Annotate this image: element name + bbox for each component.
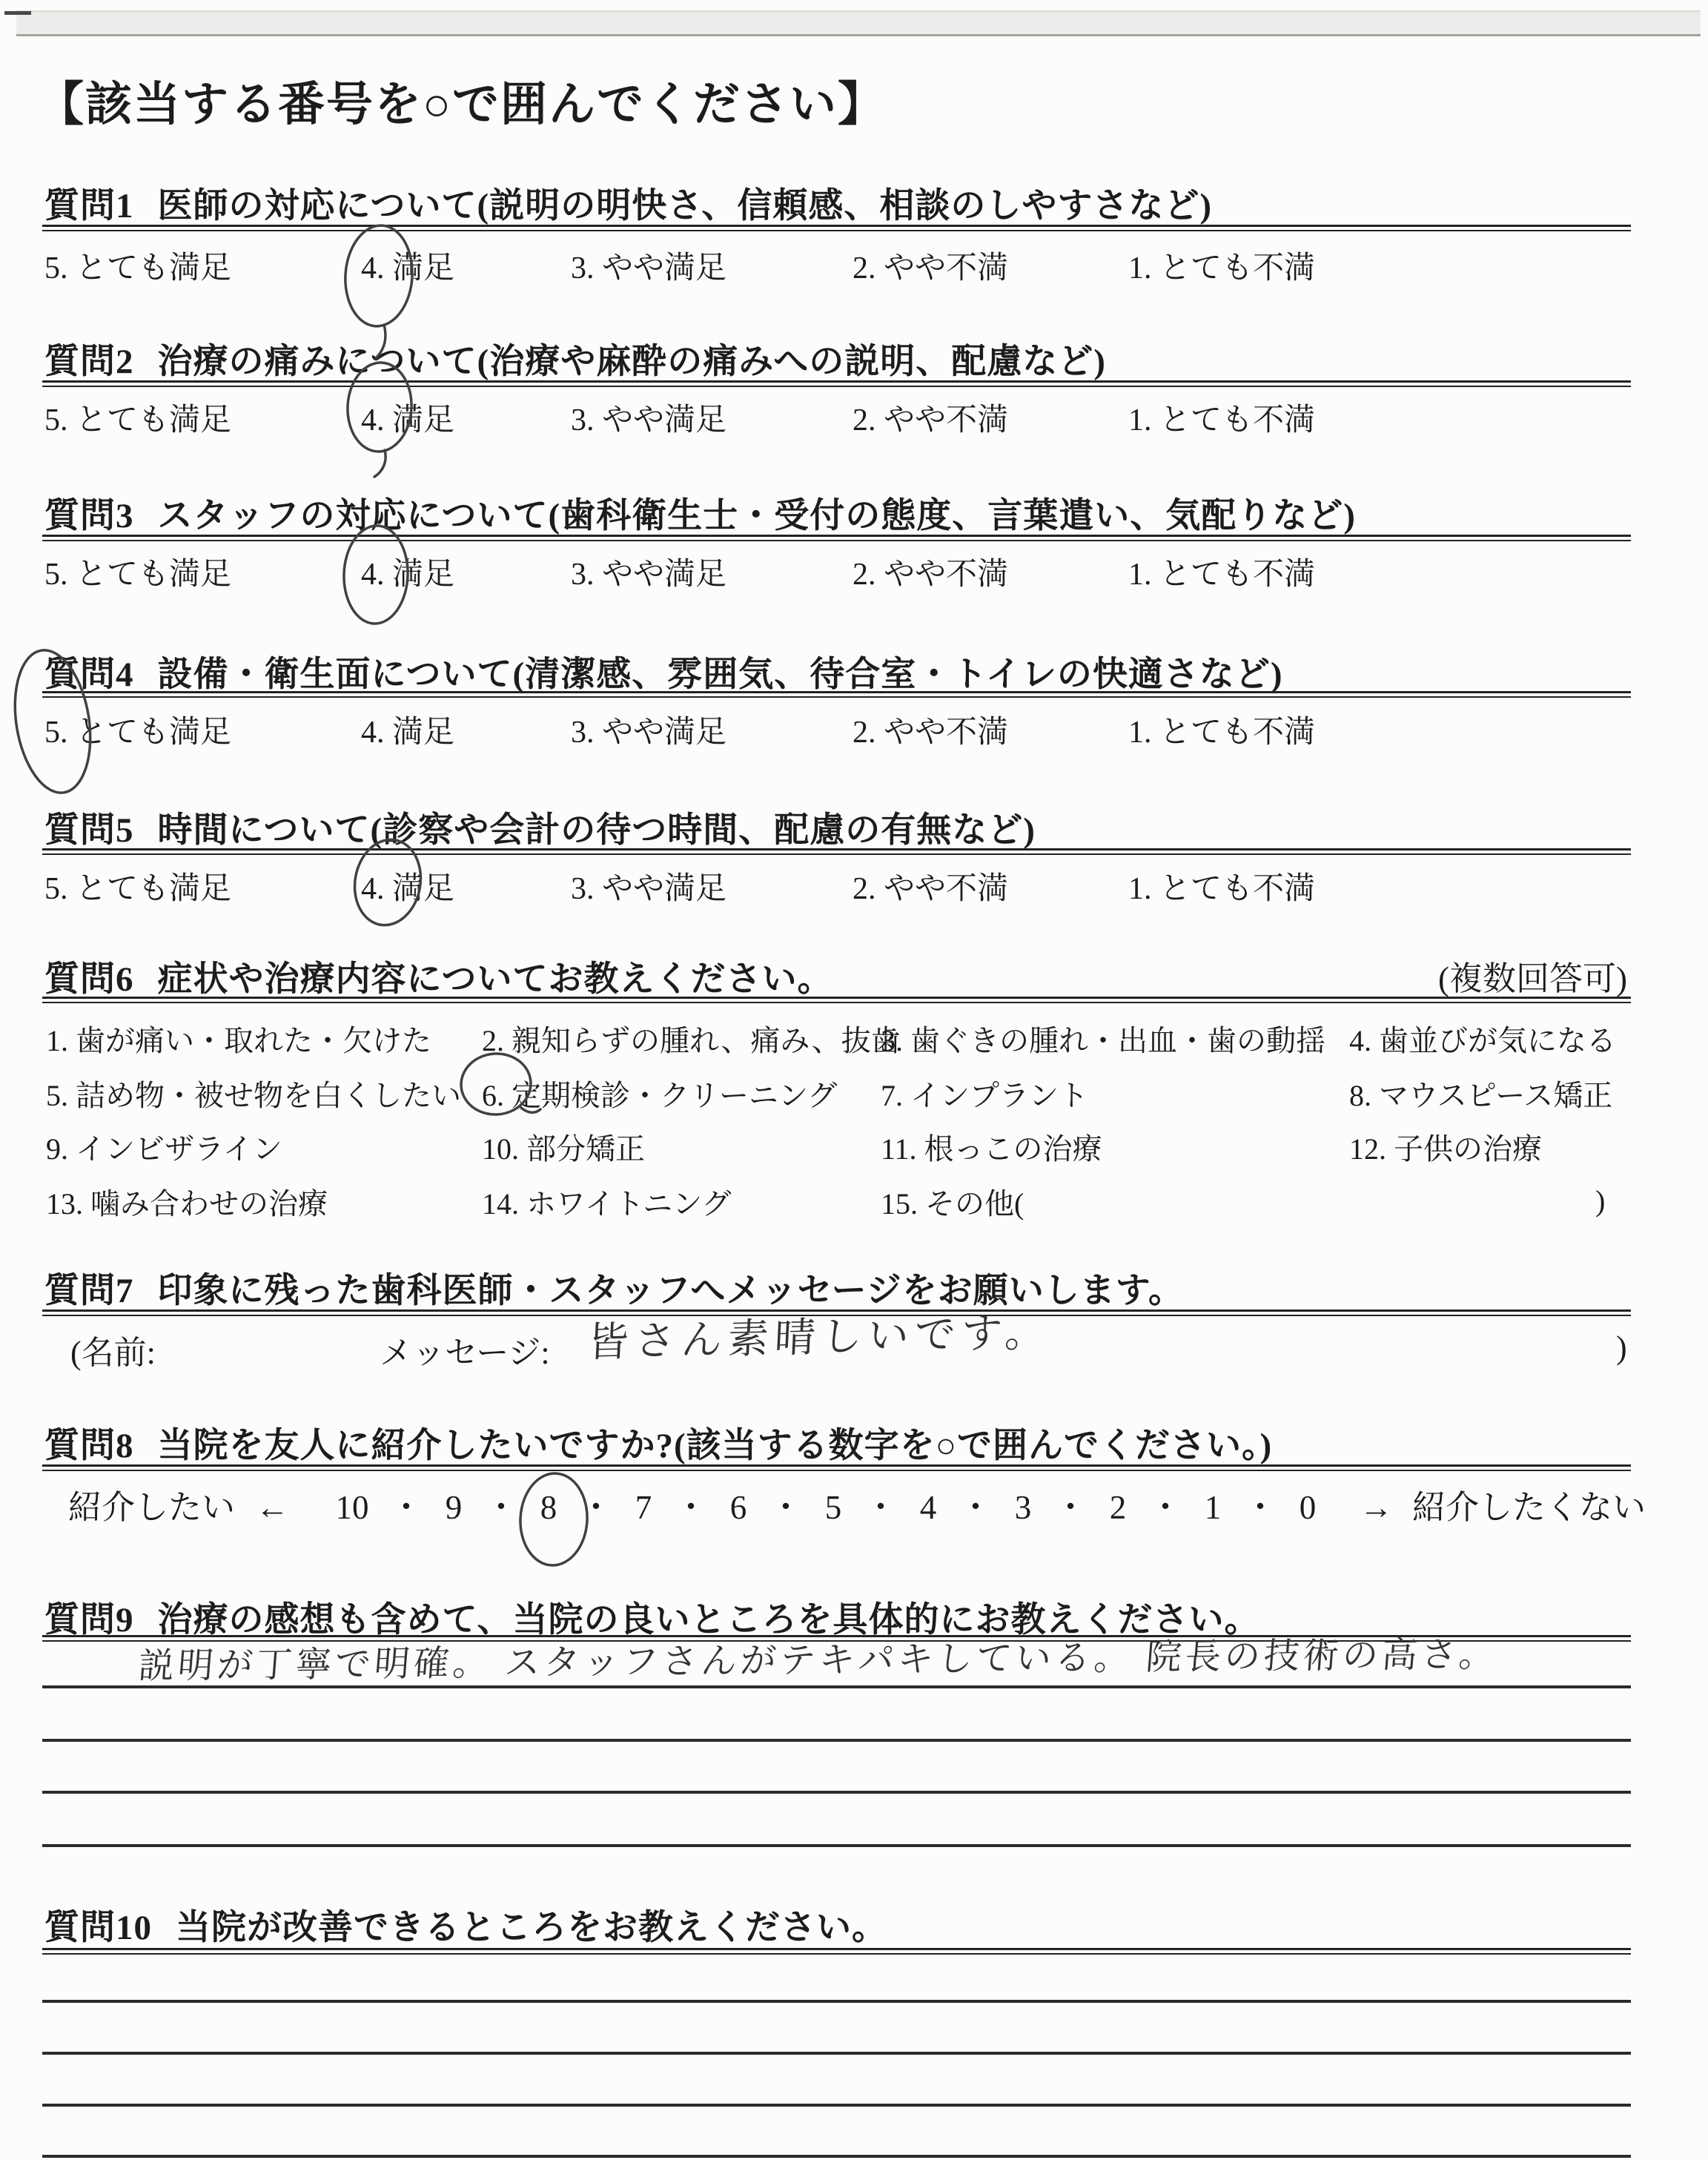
q7-name-label: (名前: <box>70 1326 156 1373</box>
q2-option-5: 5. とても満足 <box>44 395 231 440</box>
question-2-text: 治療の痛みについて(治療や麻酔の痛みへの説明、配慮など) <box>158 343 1106 381</box>
q8-number-4: 4 <box>901 1488 955 1527</box>
q6-item-2: 2. 親知らずの腫れ、痛み、抜歯 <box>482 1017 901 1060</box>
question-3-label: 質問3 <box>44 497 134 535</box>
q7-message-label: メッセージ: <box>380 1326 550 1373</box>
q4-option-3: 3. やや満足 <box>571 707 726 752</box>
q8-number-10: 10 <box>319 1488 385 1527</box>
question-8-text: 当院を友人に紹介したいですか?(該当する数字を○で囲んでください。) <box>158 1427 1273 1465</box>
q1-option-1: 1. とても不満 <box>1128 243 1315 288</box>
q4-option-5: 5. とても満足 <box>44 707 231 752</box>
q2-option-3: 3. やや満足 <box>571 395 726 440</box>
question-2-header: 質問2治療の痛みについて(治療や麻酔の痛みへの説明、配慮など) <box>44 334 1106 383</box>
q6-item-14: 14. ホワイトニング <box>482 1180 731 1223</box>
q8-dot: ・ <box>1239 1480 1281 1528</box>
q8-dot: ・ <box>575 1480 617 1528</box>
q1-option-5: 5. とても満足 <box>44 243 231 288</box>
question-5-underline <box>42 848 1631 855</box>
q3-option-5: 5. とても満足 <box>44 549 231 594</box>
question-6-underline <box>42 997 1631 1003</box>
q8-number-1: 1 <box>1186 1488 1239 1527</box>
q6-item-9: 9. インビザライン <box>46 1126 282 1168</box>
question-2-label: 質問2 <box>44 343 134 381</box>
q8-dot: ・ <box>1145 1480 1186 1528</box>
q2-option-1: 1. とても不満 <box>1128 395 1315 440</box>
q8-number-8: 8 <box>522 1488 575 1527</box>
question-1-text: 医師の対応について(説明の明快さ、信頼感、相談のしやすさなど) <box>158 187 1212 225</box>
question-10-label: 質問10 <box>44 1909 152 1947</box>
form-title: 【該当する番号を○で囲んでください】 <box>37 67 886 134</box>
question-5-text: 時間について(診察や会計の待つ時間、配慮の有無など) <box>158 811 1036 850</box>
question-3-text: スタッフの対応について(歯科衛生士・受付の態度、言葉遣い、気配りなど) <box>158 497 1356 535</box>
q4-option-4: 4. 満足 <box>361 707 454 752</box>
q8-dot: ・ <box>860 1480 901 1528</box>
q8-number-9: 9 <box>427 1488 480 1527</box>
survey-form-page: 【該当する番号を○で囲んでください】 質問1医師の対応について(説明の明快さ、信… <box>0 0 1708 2160</box>
q6-item-13: 13. 噛み合わせの治療 <box>46 1180 328 1223</box>
q6-item-7: 7. インプラント <box>881 1072 1088 1114</box>
q9-handwritten-answer: 説明が丁寧で明確。 スタッフさんがテキパキしている。 院長の技術の高さ。 <box>137 1625 1500 1688</box>
q8-number-3: 3 <box>996 1488 1050 1527</box>
q3-option-4: 4. 満足 <box>361 549 454 594</box>
q8-right-label: 紹介したくない <box>1412 1489 1646 1526</box>
q10-answer-line <box>42 2052 1631 2055</box>
q2-option-4: 4. 満足 <box>361 395 454 440</box>
question-1-header: 質問1医師の対応について(説明の明快さ、信頼感、相談のしやすさなど) <box>44 178 1212 228</box>
question-5-header: 質問5時間について(診察や会計の待つ時間、配慮の有無など) <box>44 802 1036 852</box>
q8-dot: ・ <box>765 1480 807 1528</box>
q8-dot: ・ <box>955 1480 996 1528</box>
question-5-label: 質問5 <box>44 811 134 850</box>
q8-number-6: 6 <box>712 1488 765 1527</box>
question-6-label: 質問6 <box>44 960 134 999</box>
q1-option-3: 3. やや満足 <box>571 243 726 288</box>
q8-dot: ・ <box>480 1480 522 1528</box>
scan-artifact-dash <box>4 11 31 15</box>
q4-option-1: 1. とても不満 <box>1128 707 1315 752</box>
question-9-label: 質問9 <box>44 1601 134 1639</box>
q10-answer-line <box>42 2155 1631 2158</box>
q8-dot: ・ <box>670 1480 712 1528</box>
question-8-underline <box>42 1464 1631 1471</box>
q2-option-2: 2. やや不満 <box>853 395 1008 440</box>
question-4-header: 質問4設備・衛生面について(清潔感、雰囲気、待合室・トイレの快適さなど) <box>44 647 1283 696</box>
q6-item-12: 12. 子供の治療 <box>1349 1126 1542 1168</box>
question-4-text: 設備・衛生面について(清潔感、雰囲気、待合室・トイレの快適さなど) <box>158 655 1283 694</box>
q3-option-3: 3. やや満足 <box>571 549 726 594</box>
q3-option-1: 1. とても不満 <box>1128 549 1315 594</box>
question-6-note: (複数回答可) <box>1438 951 1627 1000</box>
q1-option-4: 4. 満足 <box>361 243 454 288</box>
q9-answer-line <box>42 1685 1631 1688</box>
q6-item-15: 15. その他( <box>881 1180 1024 1223</box>
question-10-underline <box>42 1948 1631 1955</box>
question-4-label: 質問4 <box>44 655 134 694</box>
q1-option-2: 2. やや不満 <box>853 243 1008 288</box>
question-6-header: 質問6症状や治療内容についてお教えください。 <box>44 951 833 1001</box>
q6-item-10: 10. 部分矯正 <box>482 1126 645 1168</box>
q9-answer-line <box>42 1844 1631 1847</box>
q8-dot: ・ <box>385 1480 427 1528</box>
q6-item-5: 5. 詰め物・被せ物を白くしたい <box>46 1072 461 1114</box>
question-8-label: 質問8 <box>44 1427 134 1465</box>
q5-option-4: 4. 満足 <box>361 864 454 908</box>
q7-handwritten-message: 皆さん素晴しいです。 <box>586 1299 1053 1368</box>
question-1-underline <box>42 225 1631 231</box>
question-4-underline <box>42 691 1631 698</box>
q8-left-arrow-icon: ← <box>256 1489 289 1526</box>
q6-item-3: 3. 歯ぐきの腫れ・出血・歯の動揺 <box>881 1017 1325 1060</box>
q8-scale-row: 紹介したい←10・9・8・7・6・5・4・3・2・1・0→紹介したくない <box>68 1480 1646 1528</box>
q2-circle-tail <box>374 450 385 477</box>
q9-answer-line <box>42 1739 1631 1742</box>
question-3-header: 質問3スタッフの対応について(歯科衛生士・受付の態度、言葉遣い、気配りなど) <box>44 488 1356 538</box>
q8-dot: ・ <box>1050 1480 1091 1528</box>
question-10-text: 当院が改善できるところをお教えください。 <box>176 1909 887 1947</box>
q8-left-label: 紹介したい <box>68 1489 235 1526</box>
q5-option-3: 3. やや満足 <box>571 864 726 908</box>
q6-item-4: 4. 歯並びが気になる <box>1349 1017 1616 1060</box>
q10-answer-line <box>42 2000 1631 2003</box>
q8-number-7: 7 <box>617 1488 670 1527</box>
question-1-label: 質問1 <box>44 187 134 225</box>
question-2-underline <box>42 380 1631 387</box>
q6-item-1: 1. 歯が痛い・取れた・欠けた <box>46 1017 431 1060</box>
q5-option-2: 2. やや不満 <box>853 864 1008 908</box>
q8-number-0: 0 <box>1281 1488 1334 1527</box>
question-7-label: 質問7 <box>44 1272 134 1310</box>
q5-option-1: 1. とても不満 <box>1128 864 1315 908</box>
question-3-underline <box>42 535 1631 541</box>
q7-close-paren: ) <box>1616 1329 1627 1367</box>
q8-right-arrow-icon: → <box>1360 1489 1393 1526</box>
q8-number-2: 2 <box>1091 1488 1145 1527</box>
question-8-header: 質問8当院を友人に紹介したいですか?(該当する数字を○で囲んでください。) <box>44 1418 1272 1467</box>
q6-item-15-close-paren: ) <box>1595 1183 1605 1218</box>
scan-artifact-band <box>16 10 1701 36</box>
q6-item-6: 6. 定期検診・クリーニング <box>482 1072 837 1114</box>
q3-option-2: 2. やや不満 <box>853 549 1008 594</box>
q8-number-5: 5 <box>807 1488 860 1527</box>
question-10-header: 質問10当院が改善できるところをお教えください。 <box>44 1900 887 1949</box>
q5-option-5: 5. とても満足 <box>44 864 231 908</box>
q10-answer-line <box>42 2104 1631 2107</box>
q6-item-8: 8. マウスピース矯正 <box>1349 1072 1612 1114</box>
question-6-text: 症状や治療内容についてお教えください。 <box>158 960 833 999</box>
q9-answer-line <box>42 1791 1631 1794</box>
q4-option-2: 2. やや不満 <box>853 707 1008 752</box>
q6-item-11: 11. 根っこの治療 <box>881 1126 1102 1168</box>
